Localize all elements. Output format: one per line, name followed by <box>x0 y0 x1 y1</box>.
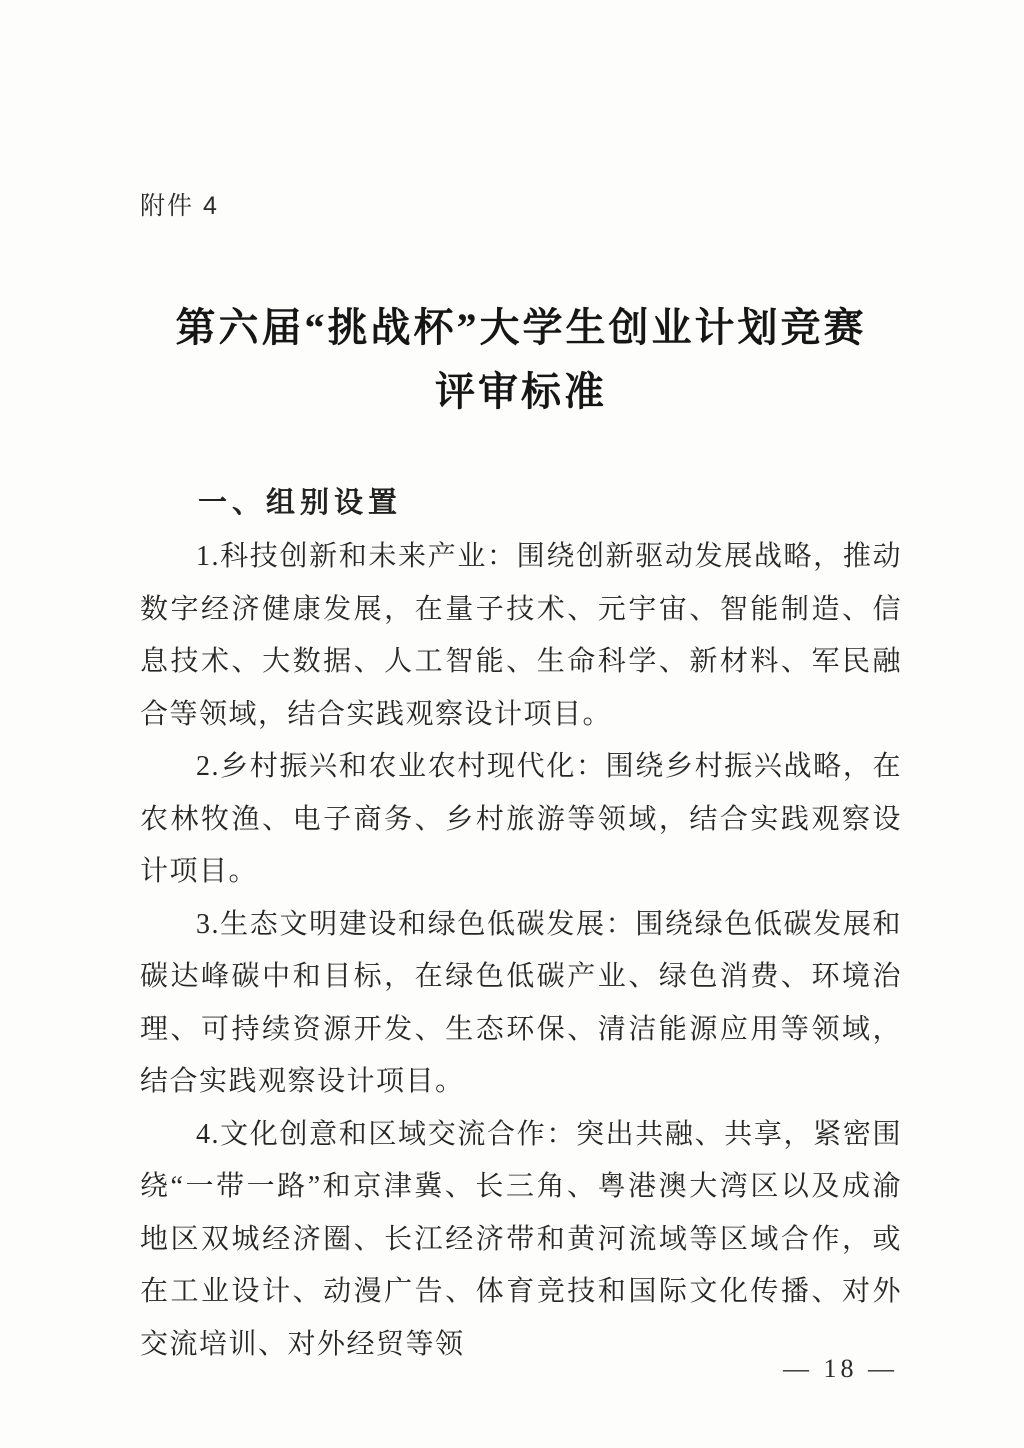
document-page: 附件 4 第六届“挑战杯”大学生创业计划竞赛 评审标准 一、组别设置 1.科技创… <box>0 0 1024 1448</box>
paragraph-category-4-cultural-creativity: 4.文化创意和区域交流合作：突出共融、共享，紧密围绕“一带一路”和京津冀、长三角… <box>140 1109 902 1372</box>
page-number: — 18 — <box>783 1354 898 1384</box>
paragraph-category-3-eco-civilization: 3.生态文明建设和绿色低碳发展：围绕绿色低碳发展和碳达峰碳中和目标，在绿色低碳产… <box>140 899 902 1109</box>
document-content: 附件 4 第六届“挑战杯”大学生创业计划竞赛 评审标准 一、组别设置 1.科技创… <box>140 0 902 1371</box>
attachment-label: 附件 4 <box>140 0 902 222</box>
section-heading-group-setup: 一、组别设置 <box>140 480 902 521</box>
document-title-line-1: 第六届“挑战杯”大学生创业计划竞赛 <box>140 296 902 360</box>
paragraph-category-1-tech-innovation: 1.科技创新和未来产业：围绕创新驱动发展战略，推动数字经济健康发展，在量子技术、… <box>140 531 902 741</box>
paragraph-category-2-rural-revitalization: 2.乡村振兴和农业农村现代化：围绕乡村振兴战略，在农林牧渔、电子商务、乡村旅游等… <box>140 741 902 899</box>
document-title-line-2: 评审标准 <box>140 360 902 424</box>
document-title: 第六届“挑战杯”大学生创业计划竞赛 评审标准 <box>140 296 902 424</box>
